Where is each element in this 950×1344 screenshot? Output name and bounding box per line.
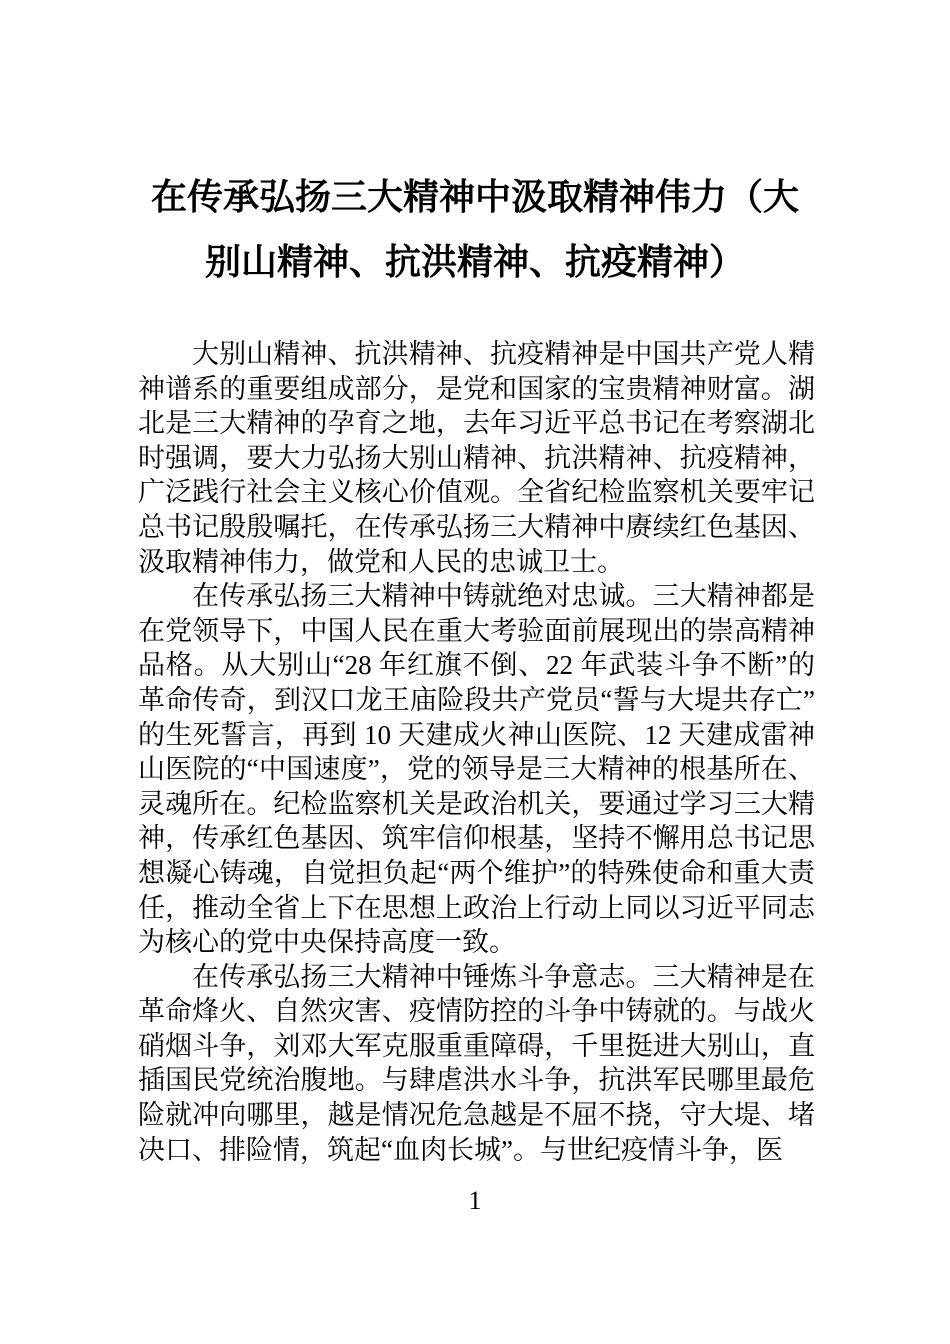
document-title-line-2: 别山精神、抗洪精神、抗疫精神） [0, 229, 950, 294]
page-number: 1 [0, 1186, 950, 1216]
document-body: 大别山精神、抗洪精神、抗疫精神是中国共产党人精神谱系的重要组成部分，是党和国家的… [138, 337, 815, 1167]
document-title-line-1: 在传承弘扬三大精神中汲取精神伟力（大 [0, 164, 950, 229]
document-title: 在传承弘扬三大精神中汲取精神伟力（大 别山精神、抗洪精神、抗疫精神） [0, 164, 950, 294]
body-paragraph-3: 在传承弘扬三大精神中锤炼斗争意志。三大精神是在革命烽火、自然灾害、疫情防控的斗争… [138, 960, 815, 1168]
body-paragraph-2: 在传承弘扬三大精神中铸就绝对忠诚。三大精神都是在党领导下，中国人民在重大考验面前… [138, 579, 815, 960]
body-paragraph-1: 大别山精神、抗洪精神、抗疫精神是中国共产党人精神谱系的重要组成部分，是党和国家的… [138, 337, 815, 579]
document-page: 在传承弘扬三大精神中汲取精神伟力（大 别山精神、抗洪精神、抗疫精神） 大别山精神… [0, 0, 950, 1344]
